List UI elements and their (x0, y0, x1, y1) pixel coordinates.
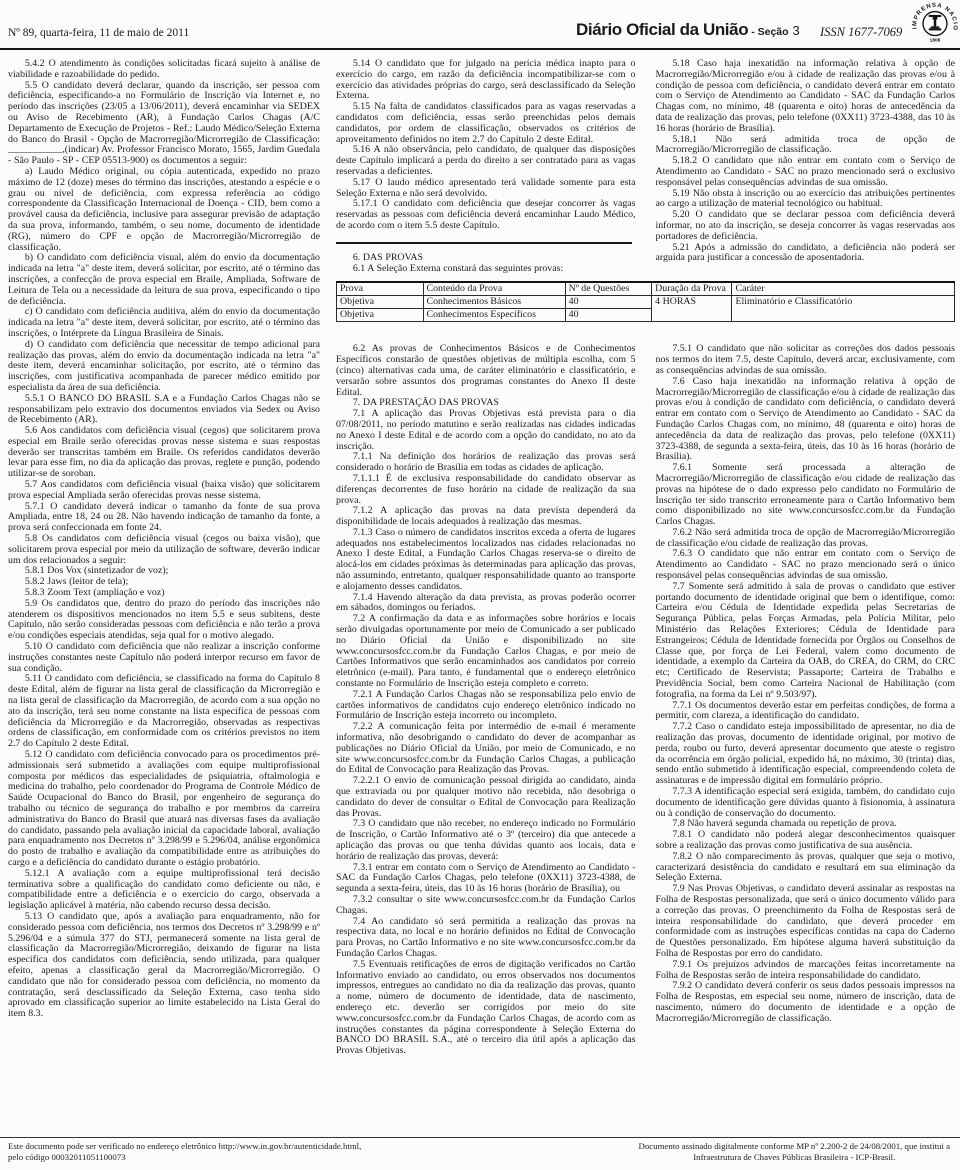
paragraph: c) O candidato com deficiência auditiva,… (8, 307, 320, 339)
columns-middle-right: 5.14 O candidato que for julgado na perí… (336, 59, 955, 1132)
paragraph: 5.9 Os candidatos que, dentro do prazo d… (8, 599, 320, 642)
paragraph: 5.20 O candidato que se declarar pessoa … (656, 210, 956, 242)
paragraph: 7.7 Somente será admitido à sala de prov… (656, 582, 956, 701)
right-bottom-paragraphs: 7.5.1 O candidato que não solicitar as c… (656, 344, 956, 1024)
column-right-top: 5.18 Caso haja inexatidão na informação … (656, 59, 956, 274)
paragraph: 5.14 O candidato que for julgado na perí… (336, 59, 636, 102)
verification-line2: pelo código 00032011051100073 (8, 1152, 361, 1163)
col-header-carater: Caráter (732, 282, 955, 296)
section-number: 3 (793, 23, 800, 38)
paragraph: 7.3.2 consultar o site www.concursosfcc.… (336, 895, 636, 917)
verification-line1: Este documento pode ser verificado no en… (8, 1141, 361, 1152)
lower-two-columns: 6.2 As provas de Conhecimentos Básicos e… (336, 344, 955, 1057)
paragraph: 7.6 Caso haja inexatidão na informação r… (656, 377, 956, 463)
paragraph: 7.2.1 A Fundação Carlos Chagas não se re… (336, 690, 636, 722)
paragraph: 7.5.1 O candidato que não solicitar as c… (656, 344, 956, 376)
paragraph: 5.17.1 O candidato com deficiência que d… (336, 199, 636, 231)
middle-bottom-paragraphs: 6.2 As provas de Conhecimentos Básicos e… (336, 344, 636, 1057)
paragraph: 7.9.1 Os prejuízos advindos de marcações… (656, 960, 956, 982)
provas-table: Prova Conteúdo da Prova Nº de Questões D… (336, 281, 955, 322)
cell-questoes: 40 (565, 296, 652, 309)
paragraph: a) Laudo Médico original, ou cópia auten… (8, 167, 320, 253)
paragraph: 7.9 Nas Provas Objetivas, o candidato de… (656, 884, 956, 960)
cell-questoes: 40 (565, 309, 652, 322)
section-intro: 6.1 A Seleção Externa constará das segui… (336, 264, 636, 275)
column-middle-top: 5.14 O candidato que for julgado na perí… (336, 59, 636, 274)
table-header-row: Prova Conteúdo da Prova Nº de Questões D… (337, 282, 955, 296)
issn: ISSN 1677-7069 (820, 25, 902, 40)
paragraph: 5.18 Caso haja inexatidão na informação … (656, 59, 956, 135)
page-header: Nº 89, quarta-feira, 11 de maio de 2011 … (0, 0, 960, 50)
paragraph: 7.2.2 A comunicação feita por intermédio… (336, 722, 636, 776)
paragraph: 5.7.1 O candidato deverá indicar o taman… (8, 502, 320, 534)
paragraph: 7.3 O candidato que não receber, no ende… (336, 819, 636, 862)
col-header-prova: Prova (337, 282, 424, 296)
document-body: 5.4.2 O atendimento às condições solicit… (8, 59, 955, 1132)
paragraph: 5.11 O candidato com deficiência, se cla… (8, 674, 320, 750)
column-middle-bottom: 6.2 As provas de Conhecimentos Básicos e… (336, 344, 636, 1057)
middle-top-paragraphs: 5.14 O candidato que for julgado na perí… (336, 59, 636, 232)
paragraph: 5.12.1 A avaliação com a equipe multipro… (8, 869, 320, 912)
upper-two-columns: 5.14 O candidato que for julgado na perí… (336, 59, 955, 274)
paragraph: 6.2 As provas de Conhecimentos Básicos e… (336, 344, 636, 398)
paragraph: 7.1.3 Caso o número de candidatos inscri… (336, 528, 636, 593)
column-right-bottom: 7.5.1 O candidato que não solicitar as c… (656, 344, 956, 1057)
cell-conteudo: Conhecimentos Específicos (423, 309, 565, 322)
seal-year: 1808 (930, 38, 941, 44)
paragraph: 7.1 A aplicação das Provas Objetivas est… (336, 409, 636, 452)
paragraph: 7.2 A confirmação da data e as informaçõ… (336, 614, 636, 690)
col-header-questoes: Nº de Questões (565, 282, 652, 296)
paragraph: 7.7.1 Os documentos deverão estar em per… (656, 701, 956, 723)
gazette-title: Diário Oficial da União (576, 20, 748, 39)
paragraph: 7.3.1 entrar em contato com o Serviço de… (336, 863, 636, 895)
paragraph: 7.8.1 O candidato não poderá alegar desc… (656, 830, 956, 852)
paragraph: 5.13 O candidato que, após a avaliação p… (8, 912, 320, 1020)
paragraph: 5.5.1 O BANCO DO BRASIL S.A e a Fundação… (8, 394, 320, 426)
paragraph: 5.8 Os candidatos com deficiência visual… (8, 534, 320, 566)
left-paragraphs: 5.4.2 O atendimento às condições solicit… (8, 59, 320, 1020)
paragraph: 7.1.4 Havendo alteração da data prevista… (336, 593, 636, 615)
signature-note: Documento assinado digitalmente conforme… (639, 1141, 950, 1170)
paragraph: 7.4 Ao candidato só será permitida a rea… (336, 917, 636, 960)
paragraph: 7.7.3 A identificação especial será exig… (656, 787, 956, 819)
paragraph: d) O candidato com deficiência que neces… (8, 340, 320, 394)
section-divider-rule (336, 242, 632, 244)
paragraph: 7.6.1 Somente será processada a alteraçã… (656, 463, 956, 528)
paragraph: 7.7.2 Caso o candidato esteja impossibil… (656, 722, 956, 787)
imprensa-nacional-seal-icon: IMPRENSA NACIONAL 1808 (912, 1, 958, 47)
column-left: 5.4.2 O atendimento às condições solicit… (8, 59, 320, 1132)
paragraph: 5.7 Aos candidatos com deficiência visua… (8, 480, 320, 502)
paragraph: 5.19 Não obsta à inscrição ou ao exercíc… (656, 189, 956, 211)
paragraph: b) O candidato com deficiência visual, a… (8, 253, 320, 307)
paragraph: 5.17 O laudo médico apresentado terá val… (336, 178, 636, 200)
paragraph: 5.16 A não observância, pelo candidato, … (336, 145, 636, 177)
edition-date: Nº 89, quarta-feira, 11 de maio de 2011 (8, 27, 189, 39)
paragraph: 7.5 Eventuais retificações de erros de d… (336, 960, 636, 1057)
signature-line1: Documento assinado digitalmente conforme… (639, 1141, 950, 1152)
paragraph: 5.6 Aos candidatos com deficiência visua… (8, 426, 320, 480)
paragraph: 5.12 O candidato com deficiência convoca… (8, 750, 320, 869)
paragraph: 7.6.3 O candidato que não entrar em cont… (656, 549, 956, 581)
paragraph: 5.18.2 O candidato que não entrar em con… (656, 156, 956, 188)
paragraph: 5.10 O candidato com deficiência que não… (8, 642, 320, 674)
masthead: Diário Oficial da União- Seção3 (576, 20, 800, 40)
paragraph: 5.15 Na falta de candidatos classificado… (336, 102, 636, 145)
right-top-paragraphs: 5.18 Caso haja inexatidão na informação … (656, 59, 956, 264)
cell-duracao: 4 HORAS (652, 296, 732, 322)
paragraph: 7.9.2 O candidato deverá conferir os seu… (656, 981, 956, 1024)
verification-note: Este documento pode ser verificado no en… (8, 1141, 361, 1170)
cell-carater: Eliminatório e Classificatório (732, 296, 955, 322)
section-heading: 6. DAS PROVAS (336, 253, 636, 264)
paragraph: 5.5 O candidato deverá declarar, quando … (8, 81, 320, 167)
cell-prova: Objetiva (337, 309, 424, 322)
paragraph: 7.1.1 Na definição dos horários de reali… (336, 452, 636, 474)
gazette-page: { "colors": { "ink": "#1a1a1a", "paper":… (0, 0, 960, 1170)
paragraph: 5.4.2 O atendimento às condições solicit… (8, 59, 320, 81)
paragraph: 7.1.2 A aplicação das provas na data pre… (336, 506, 636, 528)
signature-line2: Infraestrutura de Chaves Públicas Brasil… (639, 1152, 950, 1163)
section-label: - Seção (751, 26, 788, 38)
paragraph: 7.1.1.1 É de exclusiva responsabilidade … (336, 474, 636, 506)
table-row: Objetiva Conhecimentos Básicos 40 4 HORA… (337, 296, 955, 309)
paragraph: 7.8.2 O não comparecimento às provas, qu… (656, 852, 956, 884)
paragraph: 5.21 Após a admissão do candidato, a def… (656, 243, 956, 265)
col-header-duracao: Duração da Prova (652, 282, 732, 296)
paragraph: 5.18.1 Não será admitida troca de opção … (656, 135, 956, 157)
cell-conteudo: Conhecimentos Básicos (423, 296, 565, 309)
paragraph: 7.2.2.1 O envio de comunicação pessoal d… (336, 776, 636, 819)
page-footer: Este documento pode ser verificado no en… (0, 1137, 960, 1170)
paragraph: 7.6.2 Não será admitida troca de opção d… (656, 528, 956, 550)
cell-prova: Objetiva (337, 296, 424, 309)
header-rule (0, 48, 960, 50)
col-header-conteudo: Conteúdo da Prova (423, 282, 565, 296)
